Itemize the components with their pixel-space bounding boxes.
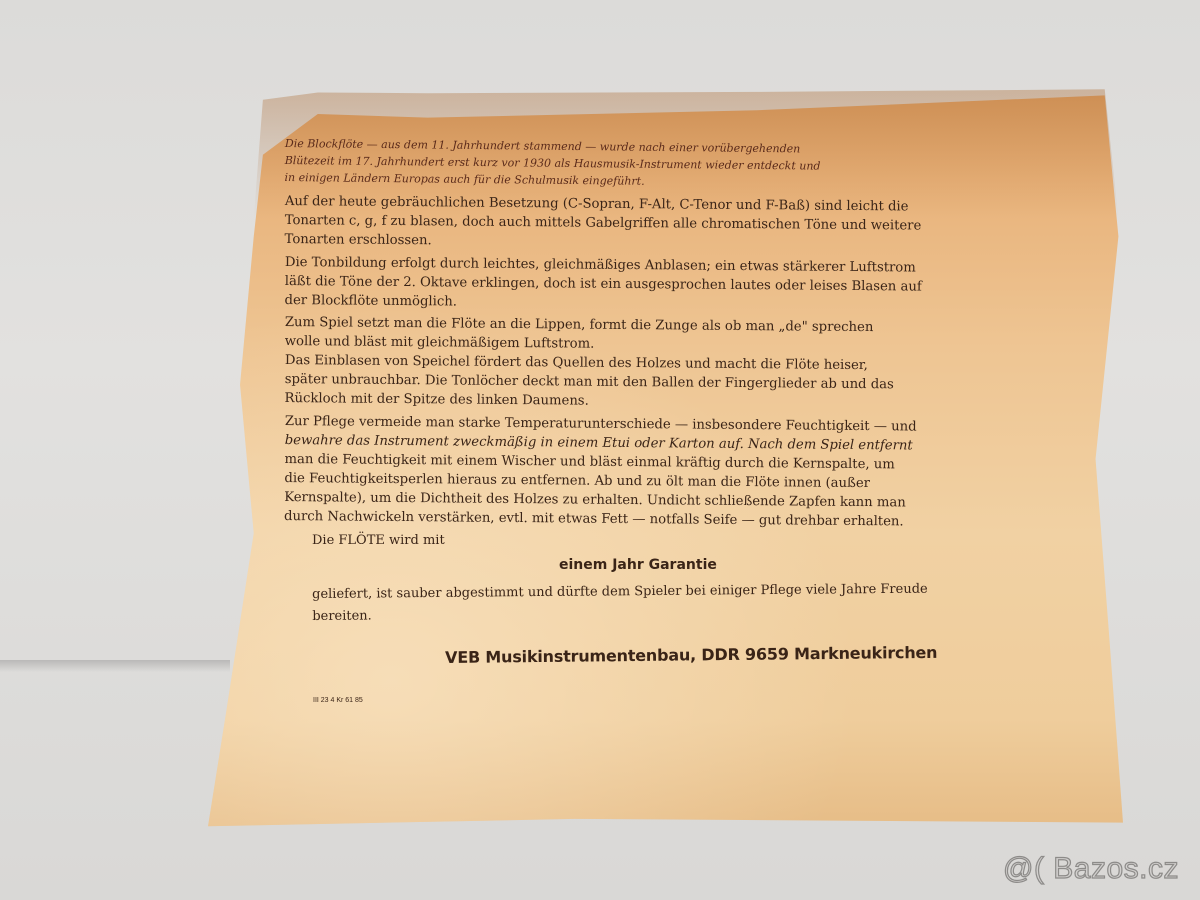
paragraph-care: Zur Pflege vermeide man starke Temperatu… <box>284 412 917 532</box>
warranty-lead: Die FLÖTE wird mit <box>312 533 445 548</box>
warranty-tail: geliefert, ist sauber abgestimmt und dür… <box>312 579 928 628</box>
watermark-logo: @( Bazos.cz <box>1003 852 1179 886</box>
paragraph-playing: Zum Spiel setzt man die Flöte an die Lip… <box>285 313 874 356</box>
warranty-emphasis: einem Jahr Garantie <box>559 557 717 573</box>
table-shadow <box>0 660 230 672</box>
paragraph-tone: Die Tonbildung erfolgt durch leichtes, g… <box>285 253 922 316</box>
print-code: III 23 4 Kr 61 85 <box>313 697 363 704</box>
intro-paragraph: Die Blockflöte — aus dem 11. Jahrhundert… <box>284 135 820 192</box>
paragraph-instruments: Auf der heute gebräuchlichen Besetzung (… <box>285 192 922 255</box>
paragraph-saliva: Das Einblasen von Speichel fördert das Q… <box>285 351 895 413</box>
